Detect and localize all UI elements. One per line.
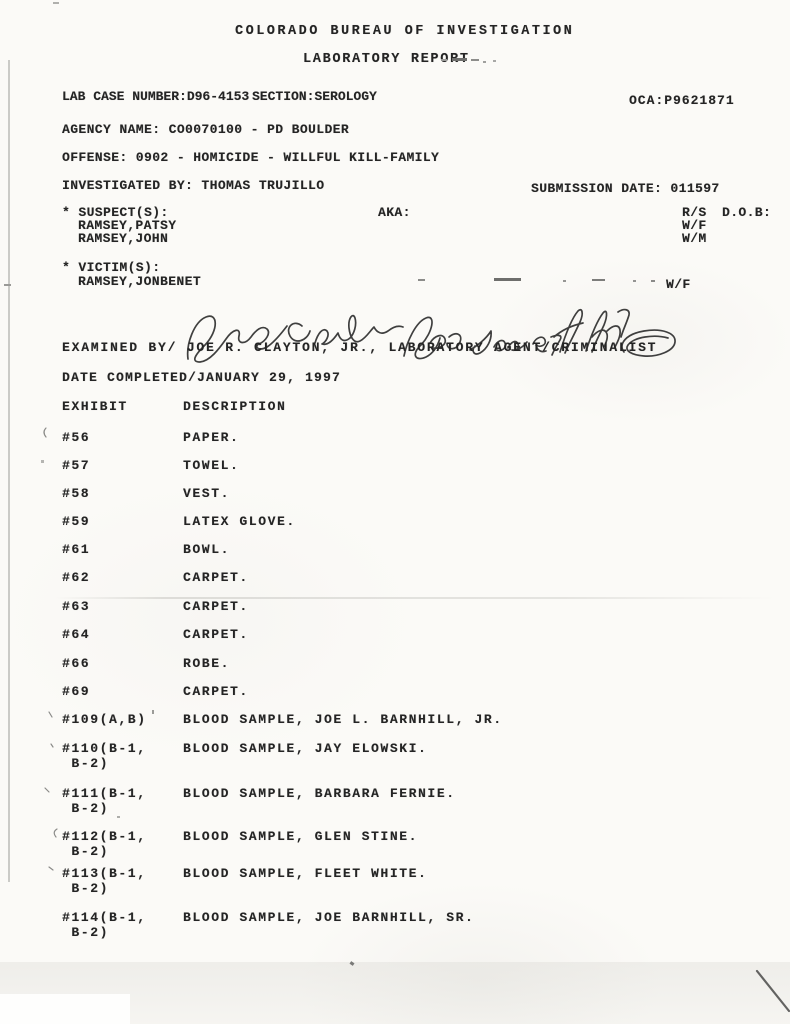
dob-label: D.O.B: xyxy=(722,205,771,220)
reviewer-initials-tail xyxy=(618,310,629,337)
exhibit-description: CARPET. xyxy=(183,599,249,614)
exhibit-number: #59 xyxy=(62,514,90,529)
scan-speck xyxy=(41,460,44,463)
scan-smudge xyxy=(493,60,496,62)
exhibit-description: PAPER. xyxy=(183,430,239,445)
exhibit-description: BLOOD SAMPLE, JAY ELOWSKI. xyxy=(183,741,427,756)
pencil-tick xyxy=(44,428,46,437)
exhibit-number: #69 xyxy=(62,684,90,699)
exhibit-description: CARPET. xyxy=(183,627,249,642)
scan-bottom-patch xyxy=(0,994,130,1024)
exhibit-number: #113(B-1, B-2) xyxy=(62,866,147,896)
exhibit-description: BOWL. xyxy=(183,542,230,557)
exhibit-number: #109(A,B) xyxy=(62,712,147,727)
offense-line: OFFENSE: 0902 - HOMICIDE - WILLFUL KILL-… xyxy=(62,150,439,165)
scan-speck xyxy=(152,710,154,714)
scan-smudge xyxy=(441,59,447,61)
exhibit-description: BLOOD SAMPLE, GLEN STINE. xyxy=(183,829,418,844)
submission-date: SUBMISSION DATE: 011597 xyxy=(531,181,720,196)
exhibit-number: #112(B-1, B-2) xyxy=(62,829,147,859)
section-label: SECTION:SEROLOGY xyxy=(252,89,377,104)
scan-smudge xyxy=(471,59,479,61)
bureau-title: COLORADO BUREAU OF INVESTIGATION xyxy=(235,24,574,39)
exhibit-description: BLOOD SAMPLE, JOE L. BARNHILL, JR. xyxy=(183,712,503,727)
description-column-header: DESCRIPTION xyxy=(183,399,286,414)
scan-smudge xyxy=(592,279,605,281)
exhibit-description: TOWEL. xyxy=(183,458,239,473)
exhibit-number: #56 xyxy=(62,430,90,445)
scan-smudge xyxy=(418,279,425,281)
exhibit-description: ROBE. xyxy=(183,656,230,671)
scan-smudge xyxy=(494,278,521,281)
exhibit-description: BLOOD SAMPLE, JOE BARNHILL, SR. xyxy=(183,910,474,925)
pencil-tick xyxy=(4,284,11,286)
pencil-tick xyxy=(49,712,52,717)
victim-rs: W/F xyxy=(666,277,691,292)
victims-label: * VICTIM(S): xyxy=(62,260,160,275)
victim-name: RAMSEY,JONBENET xyxy=(78,274,201,289)
exhibit-description: CARPET. xyxy=(183,570,249,585)
lab-case-number: LAB CASE NUMBER:D96-4153 xyxy=(62,89,249,104)
scan-smudge xyxy=(651,280,655,282)
examined-by-line: EXAMINED BY/ JOE R. CLAYTON, JR., LABORA… xyxy=(62,340,657,355)
exhibit-number: #63 xyxy=(62,599,90,614)
exhibit-number: #61 xyxy=(62,542,90,557)
exhibit-number: #64 xyxy=(62,627,90,642)
exhibit-number: #111(B-1, B-2) xyxy=(62,786,147,816)
exhibit-description: VEST. xyxy=(183,486,230,501)
exhibit-number: #110(B-1, B-2) xyxy=(62,741,147,771)
exhibit-number: #57 xyxy=(62,458,90,473)
exhibit-number: #62 xyxy=(62,570,90,585)
exhibit-number: #66 xyxy=(62,656,90,671)
suspect-rs: W/M xyxy=(682,231,707,246)
pencil-tick xyxy=(54,829,57,837)
scan-smudge xyxy=(633,280,636,282)
scan-edge-line xyxy=(8,60,10,882)
exhibit-column-header: EXHIBIT xyxy=(62,399,128,414)
scan-smudge xyxy=(563,280,566,282)
suspect-name: RAMSEY,JOHN xyxy=(78,231,168,246)
investigated-by: INVESTIGATED BY: THOMAS TRUJILLO xyxy=(62,178,324,193)
oca-number: OCA:P9621871 xyxy=(629,93,735,108)
scan-speck xyxy=(117,816,120,818)
scan-speck xyxy=(53,2,59,4)
scan-smudge xyxy=(452,58,467,61)
exhibit-number: #114(B-1, B-2) xyxy=(62,910,147,940)
pencil-tick xyxy=(51,744,53,747)
scan-smudge xyxy=(483,61,486,63)
exhibit-description: CARPET. xyxy=(183,684,249,699)
aka-label: AKA: xyxy=(378,205,411,220)
scan-streak-line xyxy=(55,597,775,599)
exhibit-description: BLOOD SAMPLE, FLEET WHITE. xyxy=(183,866,427,881)
exhibit-number: #58 xyxy=(62,486,90,501)
exhibit-description: BLOOD SAMPLE, BARBARA FERNIE. xyxy=(183,786,456,801)
scanned-lab-report-page: COLORADO BUREAU OF INVESTIGATION LABORAT… xyxy=(0,0,790,1024)
exhibit-description: LATEX GLOVE. xyxy=(183,514,296,529)
date-completed-line: DATE COMPLETED/JANUARY 29, 1997 xyxy=(62,370,341,385)
agency-name: AGENCY NAME: CO0070100 - PD BOULDER xyxy=(62,122,349,137)
pencil-tick xyxy=(45,788,49,792)
pencil-tick xyxy=(49,867,53,870)
